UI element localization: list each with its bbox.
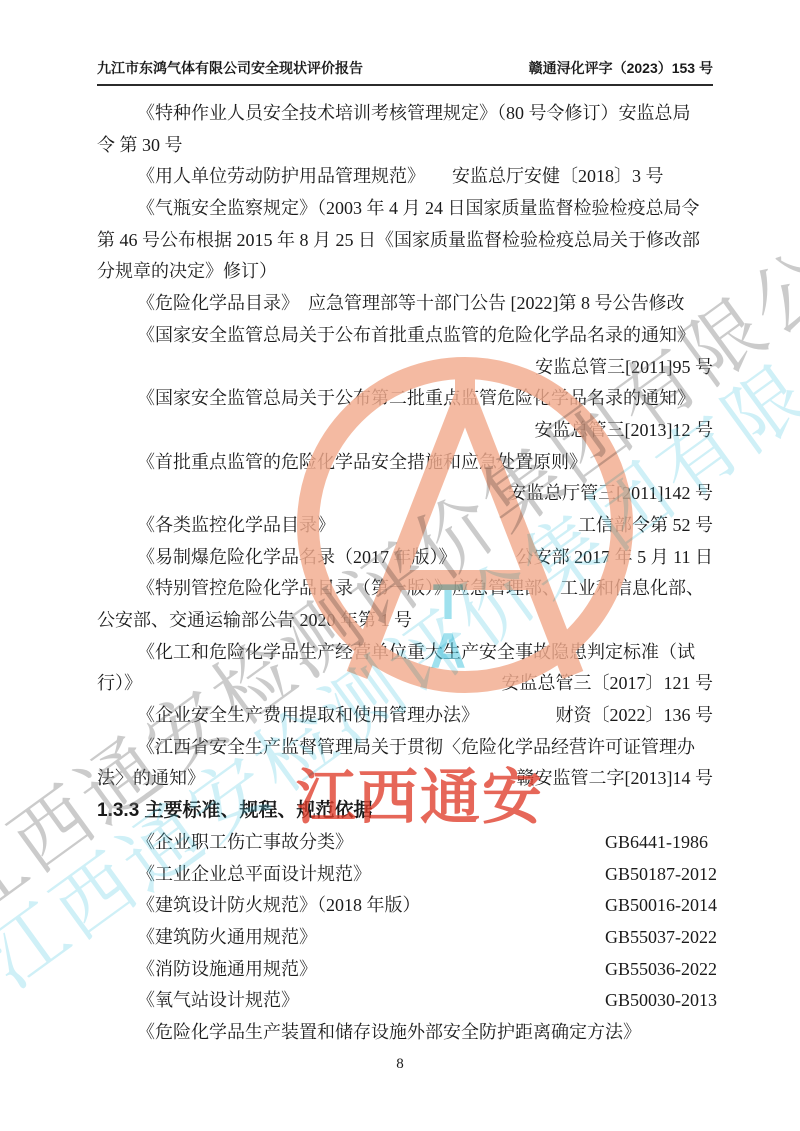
body-line: 安监总管三[2013]12 号 [97, 415, 713, 447]
body-line: 安监总管三[2011]95 号 [97, 352, 713, 384]
body-line: 《氧气站设计规范》GB50030-2013 [97, 985, 713, 1017]
doc-number: 赣通浔化评字（2023）153 号 [529, 60, 713, 76]
body-line: 《江西省安全生产监督管理局关于贯彻〈危险化学品经营许可证管理办 [97, 732, 713, 764]
body-line: 安监总厅管三[2011]142 号 [97, 478, 713, 510]
body-line: 分规章的决定》修订） [97, 256, 713, 288]
body-line: 《建筑设计防火规范》（2018 年版）GB50016-2014 [97, 890, 713, 922]
body-line: 《国家安全监管总局关于公布首批重点监管的危险化学品名录的通知》 [97, 320, 713, 352]
body-line: 《气瓶安全监察规定》（2003 年 4 月 24 日国家质量监督检验检疫总局令 [97, 193, 713, 225]
body-line: 《特别管控危险化学品目录（第一版）》应急管理部、工业和信息化部、 [97, 573, 713, 605]
body-line: 《易制爆危险化学品名录（2017 年版）》公安部 2017 年 5 月 11 日 [97, 542, 713, 574]
body-line: 令 第 30 号 [97, 130, 713, 162]
body-line: 《化工和危险化学品生产经营单位重大生产安全事故隐患判定标准（试 [97, 637, 713, 669]
body-line: 《企业安全生产费用提取和使用管理办法》财资〔2022〕136 号 [97, 700, 713, 732]
body-line: 《危险化学品目录》 应急管理部等十部门公告 [2022]第 8 号公告修改 [97, 288, 713, 320]
body-line: 《各类监控化学品目录》工信部令第 52 号 [97, 510, 713, 542]
body-line: 公安部、交通运输部公告 2020 年第 1 号 [97, 605, 713, 637]
body-line: 《国家安全监管总局关于公布第二批重点监管危险化学品名录的通知》 [97, 383, 713, 415]
body-line: 《企业职工伤亡事故分类》GB6441-1986 [97, 827, 713, 859]
page-header: 九江市东鸿气体有限公司安全现状评价报告 赣通浔化评字（2023）153 号 [97, 60, 713, 86]
body-line: 《危险化学品生产装置和储存设施外部安全防护距离确定方法》 [97, 1017, 713, 1049]
body-line: 第 46 号公布根据 2015 年 8 月 25 日《国家质量监督检验检疫总局关… [97, 225, 713, 257]
body-line: 《消防设施通用规范》GB55036-2022 [97, 954, 713, 986]
page-number: 8 [0, 1049, 800, 1081]
body-text: 《特种作业人员安全技术培训考核管理规定》（80 号令修订）安监总局令 第 30 … [97, 98, 713, 1049]
body-line: 《首批重点监管的危险化学品安全措施和应急处置原则》 [97, 447, 713, 479]
section-heading: 1.3.3 主要标准、规程、规范依据 [97, 795, 713, 827]
document-page: 九江市东鸿气体有限公司安全现状评价报告 赣通浔化评字（2023）153 号 《特… [0, 0, 800, 1131]
body-line: 《工业企业总平面设计规范》GB50187-2012 [97, 859, 713, 891]
body-line: 《建筑防火通用规范》GB55037-2022 [97, 922, 713, 954]
body-line: 法〉的通知》赣安监管二字[2013]14 号 [97, 763, 713, 795]
body-line: 行）》安监总管三〔2017〕121 号 [97, 668, 713, 700]
body-line: 《用人单位劳动防护用品管理规范》 安监总厅安健〔2018〕3 号 [97, 161, 713, 193]
body-line: 《特种作业人员安全技术培训考核管理规定》（80 号令修订）安监总局 [97, 98, 713, 130]
report-title: 九江市东鸿气体有限公司安全现状评价报告 [97, 60, 363, 76]
